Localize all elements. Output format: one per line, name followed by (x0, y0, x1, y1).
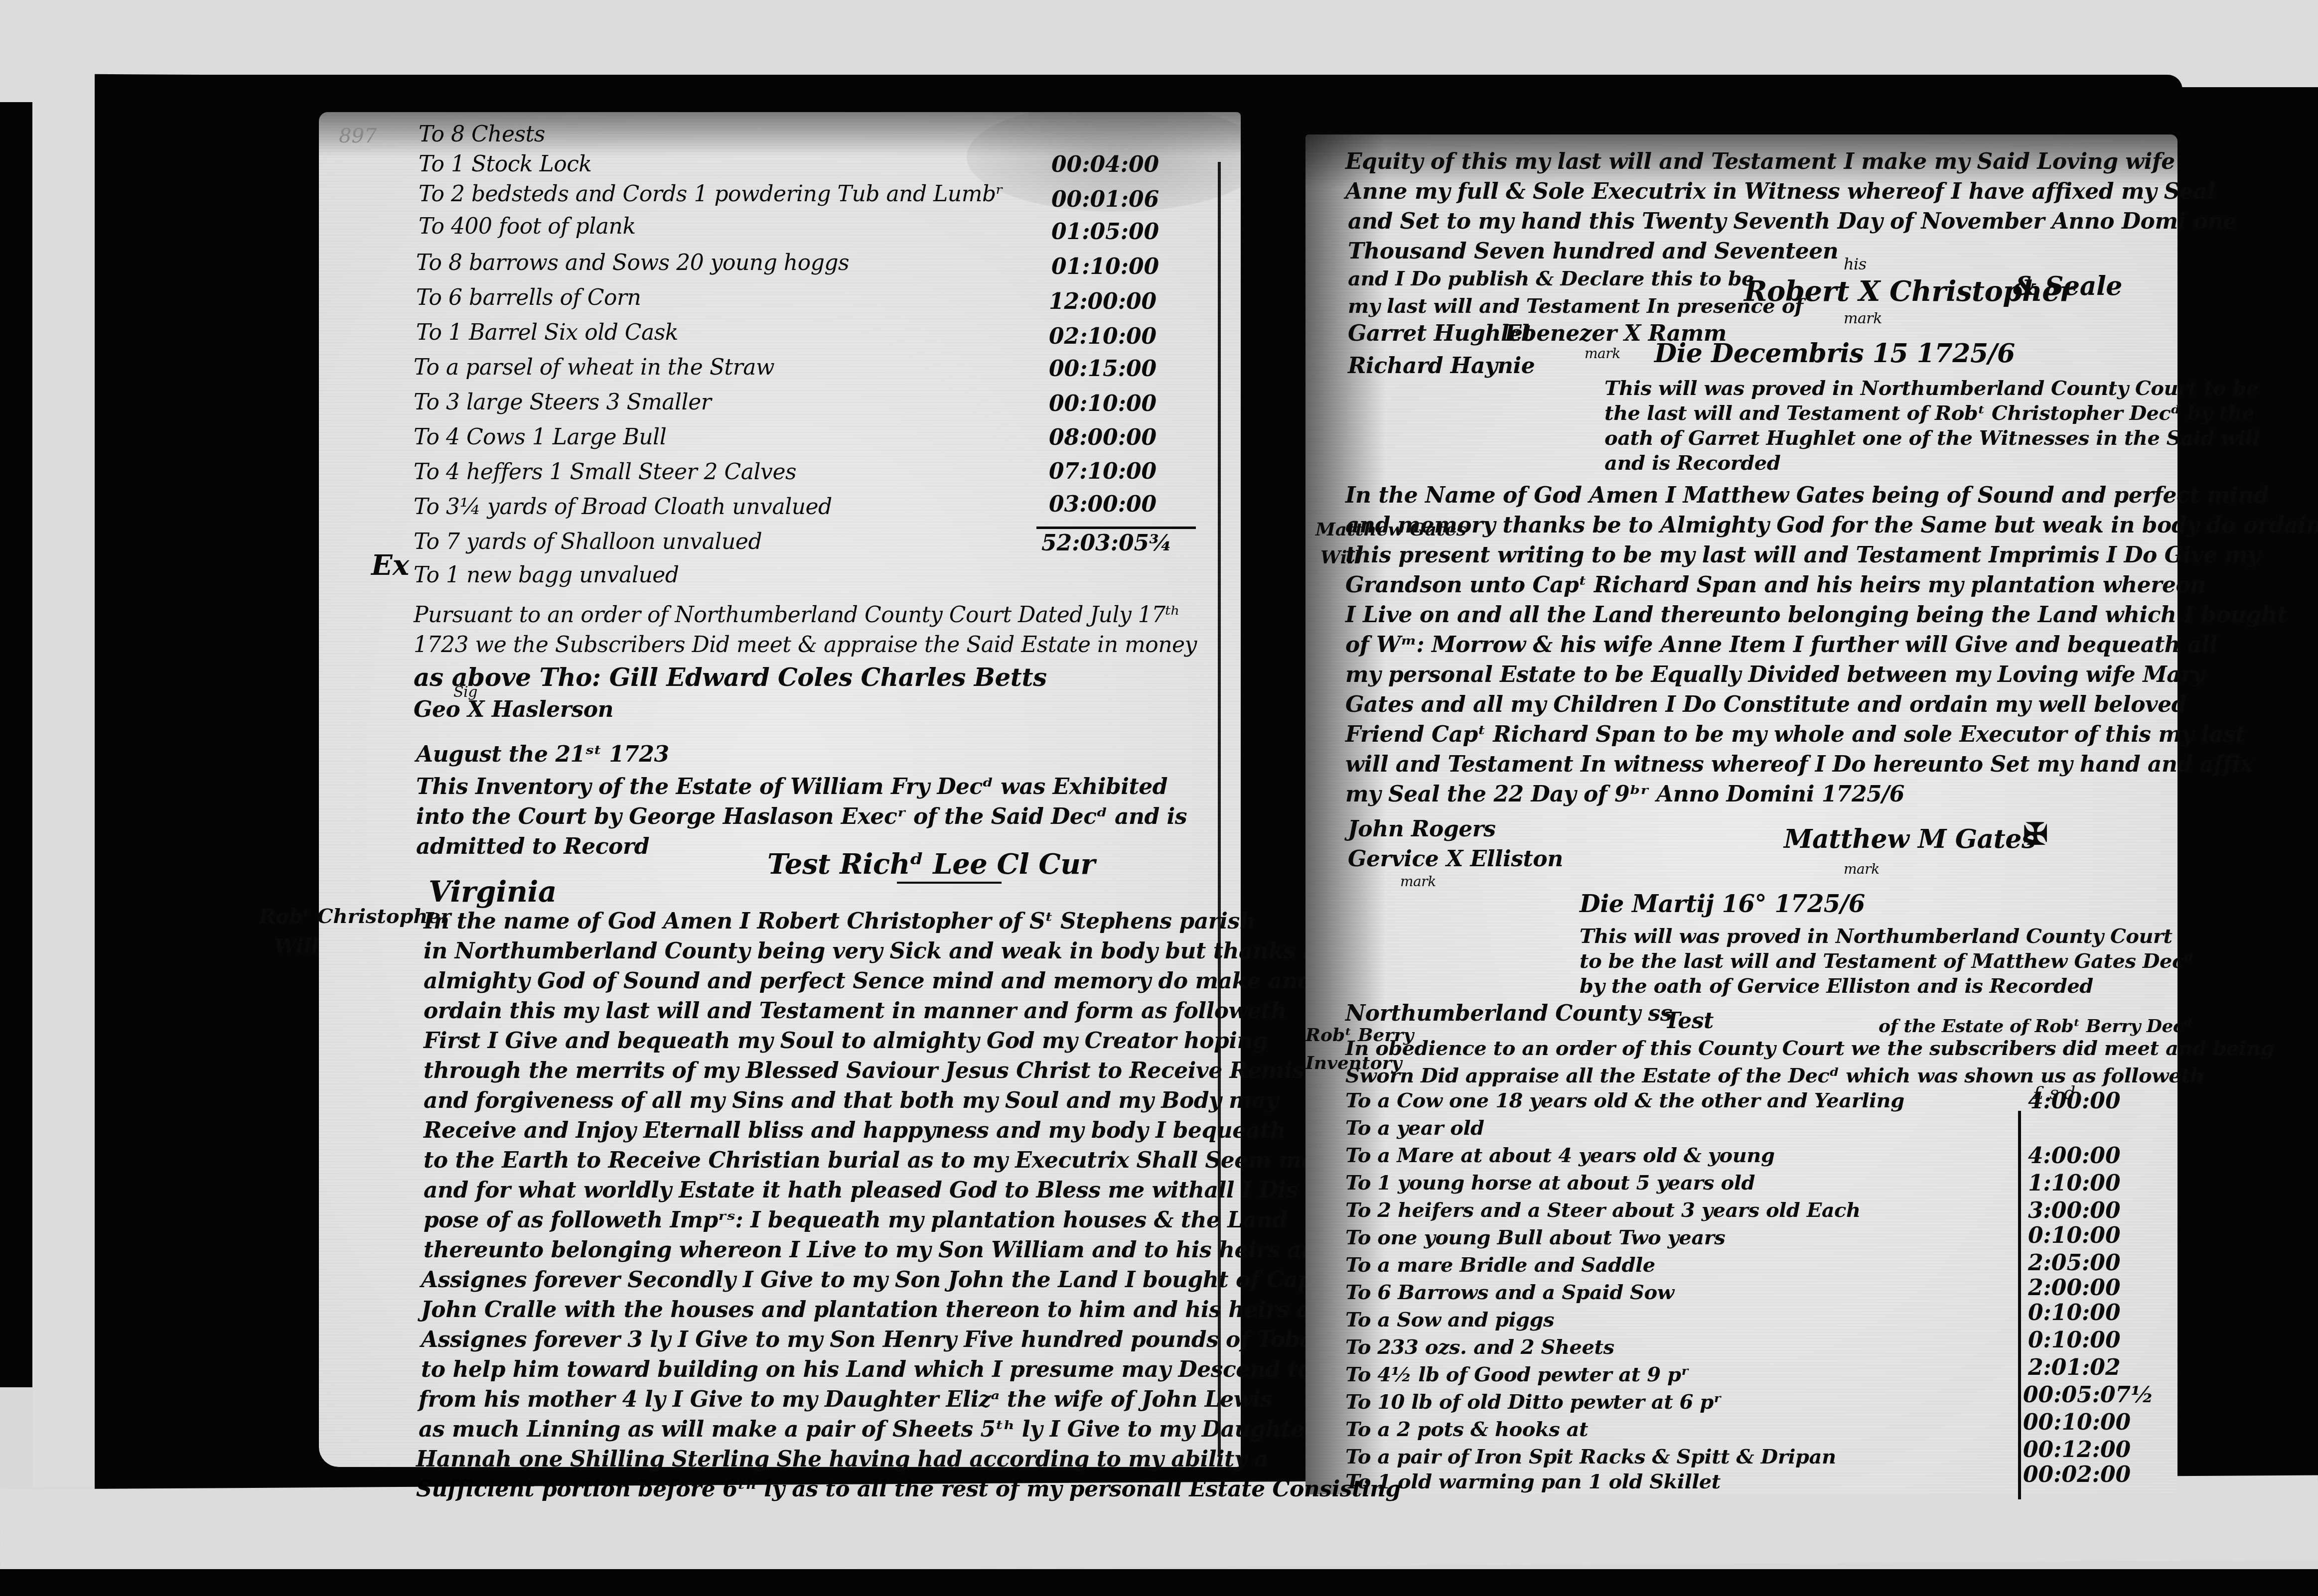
inventory-item: To 7 yards of Shalloon unvalued (414, 525, 762, 559)
inventory-item: To 1 old warming pan 1 old Skillet (1345, 1464, 1721, 1499)
inventory-amount: 00:05:07½ (2023, 1382, 2154, 1408)
inventory-amount: 00:02:00 (2023, 1462, 2131, 1487)
inventory-item: To 3 large Steers 3 Smaller (414, 385, 711, 420)
inventory-item: To 1 new bagg unvalued (414, 558, 679, 593)
inventory-item: To 6 barrells of Corn (416, 280, 641, 315)
inventory-amount: 0:10:00 (2028, 1300, 2121, 1326)
inventory-amount: 12:00:00 (1049, 289, 1157, 314)
inventory-amount: 00:04:00 (1051, 152, 1159, 177)
witness-name: Richard Haynie (1348, 349, 1535, 384)
inventory-amount: 00:01:06 (1051, 187, 1159, 212)
will-line: my Seal the 22 Day of 9ᵇʳ Anno Domini 17… (1345, 777, 1904, 812)
scan-frame-left-outer (0, 102, 32, 1387)
inventory-amount: 00:12:00 (2023, 1437, 2131, 1463)
total-rule (1036, 527, 1196, 529)
will-line: Hannah one Shilling Sterling She having … (416, 1442, 1268, 1477)
attest-flourish (897, 882, 1002, 884)
inventory-total: 52:03:05¾ (1041, 531, 1172, 556)
inventory-item: To 4 Cows 1 Large Bull (414, 420, 666, 455)
court-date: August the 21ˢᵗ 1723 (416, 737, 669, 772)
inventory-amount: 01:10:00 (1051, 254, 1159, 279)
witness-mark: mark (1585, 336, 1620, 371)
left-page: 897 To 8 Chests To 1 Stock Lock 00:04:00… (319, 112, 1241, 1467)
inventory-amount: 2:01:02 (2028, 1355, 2121, 1380)
folio-number: 897 (339, 125, 377, 147)
inventory-item: To 4 heffers 1 Small Steer 2 Calves (414, 455, 796, 490)
appraiser-signatures: as above Tho: Gill Edward Coles Charles … (414, 660, 1047, 695)
appraiser-signature: Geo X Haslerson (414, 692, 613, 727)
right-page: Equity of this my last will and Testamen… (1305, 134, 2177, 1494)
inventory-item: To 8 barrows and Sows 20 young hoggs (416, 246, 849, 280)
inventory-amount: 00:10:00 (2023, 1410, 2131, 1435)
will-margin-note: Robᵗ Christopher Will (259, 902, 451, 961)
inventory-item: To 1 Barrel Six old Cask (416, 315, 678, 350)
inventory-header: Northumberland County ss (1345, 996, 1672, 1031)
inventory-amount: 00:10:00 (1049, 391, 1157, 416)
inventory-amount: 0:10:00 (2028, 1223, 2121, 1248)
inventory-item: To 400 foot of plank (419, 209, 636, 244)
seal-icon: ✠ (2023, 817, 2048, 852)
inventory-amount: 2:00:00 (2028, 1275, 2121, 1301)
inventory-amount: 02:10:00 (1049, 324, 1157, 349)
scan-frame-left-strip (32, 102, 95, 1487)
inventory-amount: 4:00:00 (2028, 1143, 2121, 1169)
inventory-amount: 00:15:00 (1049, 356, 1157, 382)
inventory-amount: 2:05:00 (2028, 1250, 2121, 1276)
amount-column-rule (2018, 1111, 2021, 1499)
inventory-item: To 2 bedsteds and Cords 1 powdering Tub … (419, 177, 1003, 212)
proved-date: Die Decembris 15 1725/6 (1654, 336, 2015, 371)
second-proved-date: Die Martij 16° 1725/6 (1580, 887, 1865, 922)
inventory-item: To a parsel of wheat in the Straw (414, 350, 774, 385)
witness-mark: mark (1400, 864, 1436, 899)
clerk-attestation: Test Richᵈ Lee Cl Cur (767, 847, 1095, 882)
inventory-amount: 01:05:00 (1051, 219, 1159, 245)
court-entry-line: admitted to Record (416, 829, 649, 864)
inventory-amount: 08:00:00 (1049, 425, 1157, 450)
inventory-amount: 0:10:00 (2028, 1328, 2121, 1353)
scan-bottom-edge (0, 1569, 2318, 1596)
appraisal-line: 1723 we the Subscribers Did meet & appra… (414, 628, 1197, 663)
probate-line: and is Recorded (1604, 446, 1780, 481)
margin-mark-examined: Ex (371, 550, 409, 580)
witness-name: Gervice X Elliston (1348, 842, 1563, 877)
inventory-amount: 03:00:00 (1049, 492, 1157, 517)
scan-frame-left-inner (95, 74, 324, 1510)
inventory-amount: 07:10:00 (1049, 459, 1157, 484)
inventory-amount: 1:10:00 (2028, 1171, 2121, 1196)
inventory-item: To 3¼ yards of Broad Cloath unvalued (414, 490, 832, 525)
inventory-amount: 4:00:00 (2028, 1088, 2121, 1114)
inventory-amount: 3:00:00 (2028, 1198, 2121, 1223)
scan-frame-right (2173, 87, 2318, 1522)
